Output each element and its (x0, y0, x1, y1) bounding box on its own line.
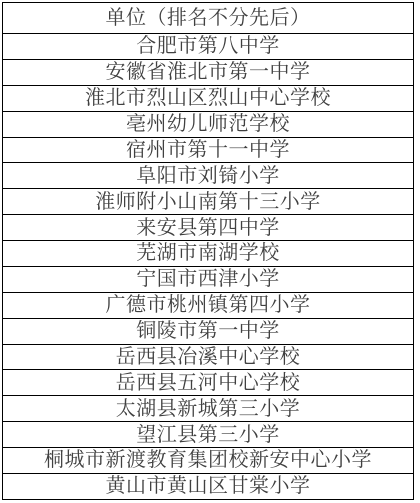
table-row: 安徽省淮北市第一中学 (3, 59, 414, 85)
table-row: 铜陵市第一中学 (3, 318, 414, 344)
unit-cell: 太湖县新城第三小学 (3, 396, 414, 422)
table-row: 宁国市西津小学 (3, 266, 414, 292)
table-row: 黄山市黄山区甘棠小学 (3, 473, 414, 499)
table-row: 淮师附小山南第十三小学 (3, 189, 414, 215)
unit-cell: 宿州市第十一中学 (3, 137, 414, 163)
unit-cell: 桐城市新渡教育集团校新安中心小学 (3, 448, 414, 474)
unit-cell: 岳西县五河中心学校 (3, 370, 414, 396)
table-row: 合肥市第八中学 (3, 34, 414, 60)
unit-cell: 芜湖市南湖学校 (3, 241, 414, 267)
header-cell: 单位（排名不分先后） (3, 3, 414, 34)
table-body: 合肥市第八中学安徽省淮北市第一中学淮北市烈山区烈山中心学校亳州幼儿师范学校宿州市… (3, 34, 414, 500)
table-row: 宿州市第十一中学 (3, 137, 414, 163)
unit-cell: 岳西县冶溪中心学校 (3, 344, 414, 370)
unit-cell: 安徽省淮北市第一中学 (3, 59, 414, 85)
table-row: 岳西县五河中心学校 (3, 370, 414, 396)
unit-cell: 宁国市西津小学 (3, 266, 414, 292)
table-row: 淮北市烈山区烈山中心学校 (3, 85, 414, 111)
document-page: 单位（排名不分先后） 合肥市第八中学安徽省淮北市第一中学淮北市烈山区烈山中心学校… (0, 0, 420, 503)
unit-cell: 亳州幼儿师范学校 (3, 111, 414, 137)
header-row: 单位（排名不分先后） (3, 3, 414, 34)
units-table: 单位（排名不分先后） 合肥市第八中学安徽省淮北市第一中学淮北市烈山区烈山中心学校… (2, 2, 414, 500)
table-row: 来安县第四中学 (3, 215, 414, 241)
table-row: 岳西县冶溪中心学校 (3, 344, 414, 370)
unit-cell: 铜陵市第一中学 (3, 318, 414, 344)
unit-cell: 阜阳市刘锜小学 (3, 163, 414, 189)
unit-cell: 望江县第三小学 (3, 422, 414, 448)
unit-cell: 黄山市黄山区甘棠小学 (3, 473, 414, 499)
unit-cell: 淮师附小山南第十三小学 (3, 189, 414, 215)
unit-cell: 广德市桃州镇第四小学 (3, 292, 414, 318)
table-row: 芜湖市南湖学校 (3, 241, 414, 267)
table-row: 太湖县新城第三小学 (3, 396, 414, 422)
unit-cell: 淮北市烈山区烈山中心学校 (3, 85, 414, 111)
table-row: 望江县第三小学 (3, 422, 414, 448)
unit-cell: 合肥市第八中学 (3, 34, 414, 60)
table-row: 阜阳市刘锜小学 (3, 163, 414, 189)
table-row: 广德市桃州镇第四小学 (3, 292, 414, 318)
unit-cell: 来安县第四中学 (3, 215, 414, 241)
table-header: 单位（排名不分先后） (3, 3, 414, 34)
table-row: 亳州幼儿师范学校 (3, 111, 414, 137)
table-row: 桐城市新渡教育集团校新安中心小学 (3, 448, 414, 474)
